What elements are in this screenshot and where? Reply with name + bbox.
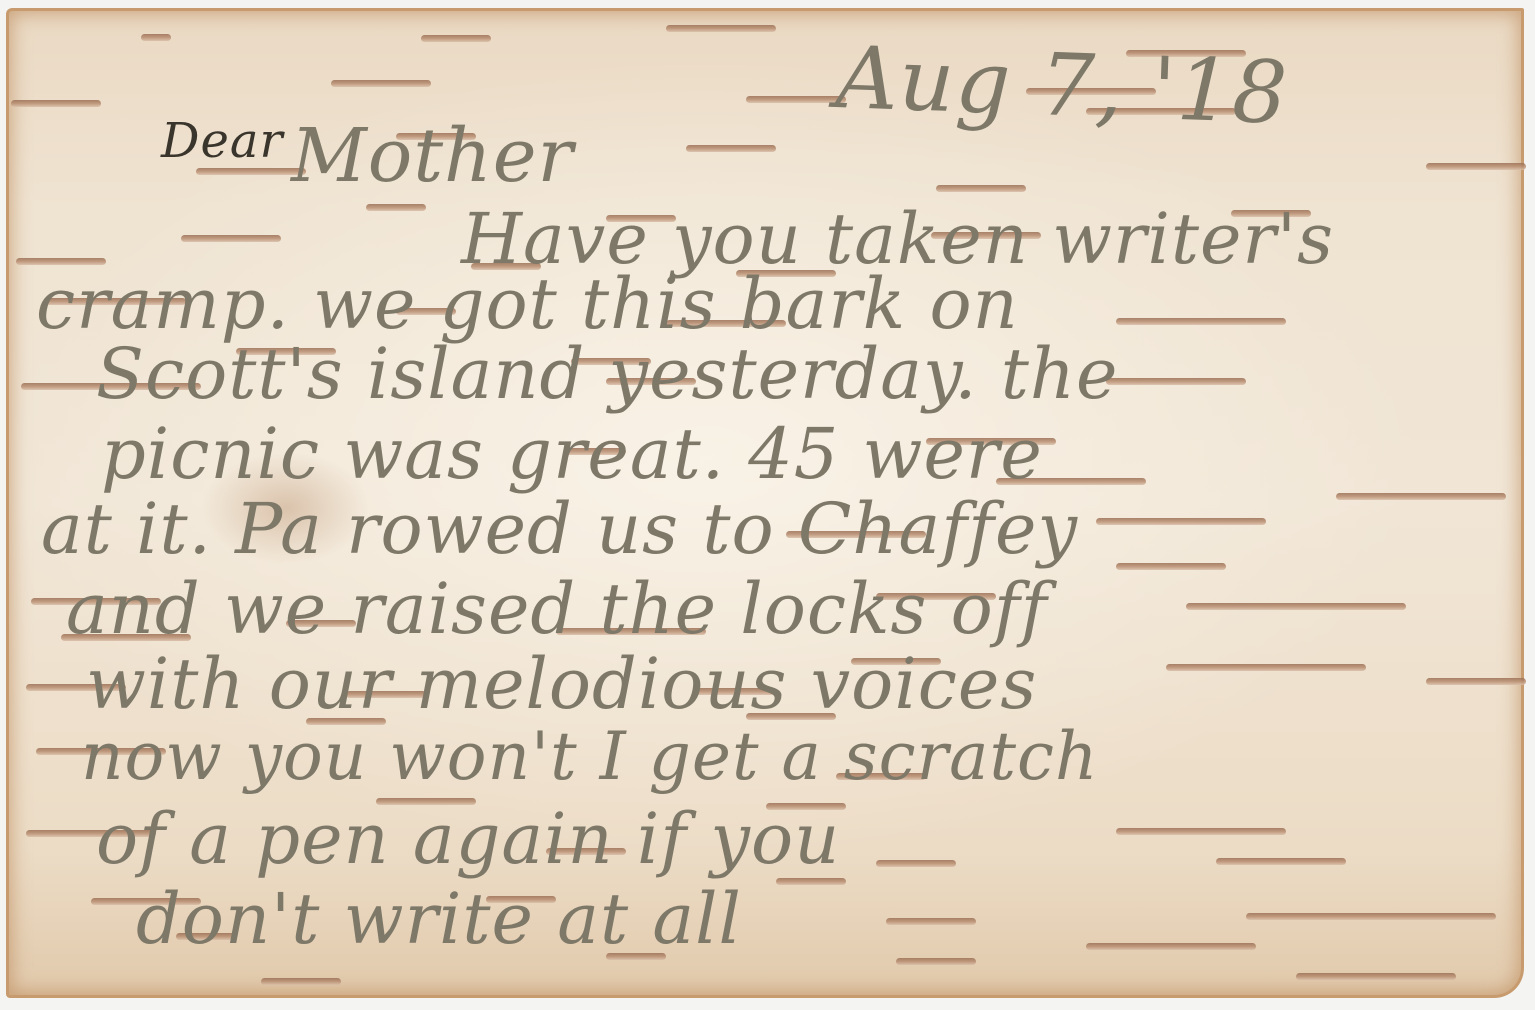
letter-line-9: of a pen again if you [96, 798, 840, 880]
bark-mark [1086, 943, 1256, 950]
bark-mark [181, 235, 281, 242]
bark-mark [1216, 858, 1346, 865]
bark-mark [886, 918, 976, 925]
bark-mark [746, 96, 846, 103]
letter-line-10: don't write at all [136, 878, 742, 960]
bark-mark [1426, 678, 1526, 685]
letter-line-4: picnic was great. 45 were [101, 413, 1043, 495]
scanned-letter: Aug 7, '18 Dear Mother Have you taken wr… [0, 0, 1535, 1010]
bark-mark [1116, 318, 1286, 325]
bark-mark [1096, 518, 1266, 525]
bark-mark [196, 168, 306, 175]
bark-mark [1116, 563, 1226, 570]
bark-mark [1336, 493, 1506, 500]
letter-line-6: and we raised the locks off [66, 568, 1048, 650]
bark-mark [1296, 973, 1456, 980]
letter-line-8: now you won't I get a scratch [81, 718, 1099, 795]
bark-mark [11, 100, 101, 107]
bark-mark [876, 860, 956, 867]
birch-bark-sheet: Aug 7, '18 Dear Mother Have you taken wr… [6, 8, 1524, 998]
letter-line-7: with our melodious voices [86, 643, 1037, 725]
bark-mark [1426, 163, 1526, 170]
letter-line-3: Scott's island yesterday. the [96, 333, 1118, 415]
letter-line-5: at it. Pa rowed us to Chaffey [41, 488, 1078, 570]
bark-mark [686, 145, 776, 152]
bark-mark [366, 204, 426, 211]
bark-mark [1186, 603, 1406, 610]
letter-date: Aug 7, '18 [834, 28, 1290, 144]
bark-mark [936, 185, 1026, 192]
bark-mark [666, 25, 776, 32]
bark-mark [1166, 664, 1366, 671]
bark-mark [1246, 913, 1496, 920]
bark-mark [331, 80, 431, 87]
bark-mark [1106, 378, 1246, 385]
bark-mark [1116, 828, 1286, 835]
bark-mark [896, 958, 976, 965]
salutation-dear: Dear [161, 113, 283, 169]
bark-mark [261, 978, 341, 985]
bark-mark [421, 35, 491, 42]
bark-mark [141, 34, 171, 41]
salutation-name: Mother [291, 113, 574, 199]
